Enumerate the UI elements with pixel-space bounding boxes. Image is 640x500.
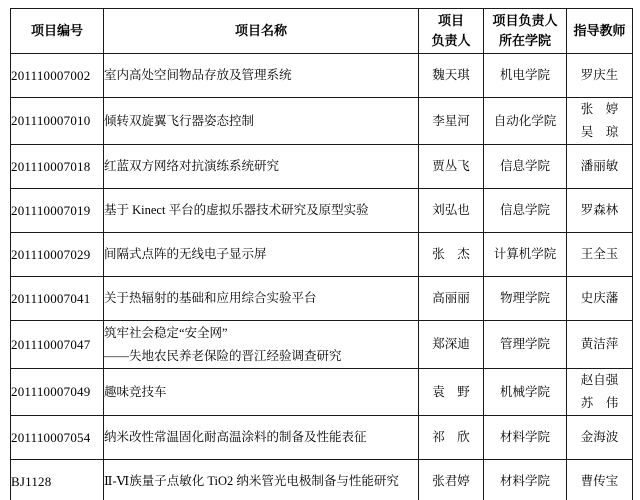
cell-leader-college: 自动化学院 (484, 98, 567, 145)
table-header-row: 项目编号 项目名称 项目 负责人 项目负责人 所在学院 指导教师 (11, 9, 633, 54)
cell-project-id: 201110007049 (11, 369, 104, 416)
cell-project-id: 201110007019 (11, 189, 104, 233)
cell-project-id: 201110007002 (11, 54, 104, 98)
cell-project-name: 倾转双旋翼飞行器姿态控制 (104, 98, 419, 145)
cell-project-name: 间隔式点阵的无线电子显示屏 (104, 233, 419, 277)
table-row: 201110007010 倾转双旋翼飞行器姿态控制 李星河 自动化学院 张 婷 … (11, 98, 633, 145)
header-project-name: 项目名称 (104, 9, 419, 54)
cell-project-id: BJ1128 (11, 460, 104, 500)
cell-project-id: 201110007010 (11, 98, 104, 145)
cell-advisor: 曹传宝 (567, 460, 633, 500)
cell-advisor: 罗庆生 (567, 54, 633, 98)
cell-project-name: 室内高处空间物品存放及管理系统 (104, 54, 419, 98)
table-row: 201110007041 关于热辐射的基础和应用综合实验平台 高丽丽 物理学院 … (11, 277, 633, 321)
cell-project-leader: 郑深迪 (419, 321, 484, 369)
cell-project-id: 201110007047 (11, 321, 104, 369)
table-row: 201110007054 纳米改性常温固化耐高温涂料的制备及性能表征 祁 欣 材… (11, 416, 633, 460)
cell-project-leader: 李星河 (419, 98, 484, 145)
cell-project-leader: 袁 野 (419, 369, 484, 416)
table-row: 201110007029 间隔式点阵的无线电子显示屏 张 杰 计算机学院 王全玉 (11, 233, 633, 277)
cell-advisor: 张 婷 吴 琼 (567, 98, 633, 145)
cell-project-leader: 张 杰 (419, 233, 484, 277)
cell-leader-college: 信息学院 (484, 145, 567, 189)
table-row: 201110007002 室内高处空间物品存放及管理系统 魏天琪 机电学院 罗庆… (11, 54, 633, 98)
cell-leader-college: 机电学院 (484, 54, 567, 98)
cell-leader-college: 物理学院 (484, 277, 567, 321)
cell-project-name: Ⅱ-Ⅵ族量子点敏化 TiO2 纳米管光电极制备与性能研究 (104, 460, 419, 500)
header-project-leader: 项目 负责人 (419, 9, 484, 54)
cell-project-leader: 张君婷 (419, 460, 484, 500)
table-row: BJ1128 Ⅱ-Ⅵ族量子点敏化 TiO2 纳米管光电极制备与性能研究 张君婷 … (11, 460, 633, 500)
cell-advisor: 黄洁萍 (567, 321, 633, 369)
cell-project-id: 201110007041 (11, 277, 104, 321)
header-leader-college: 项目负责人 所在学院 (484, 9, 567, 54)
cell-leader-college: 材料学院 (484, 416, 567, 460)
cell-advisor: 罗森林 (567, 189, 633, 233)
cell-project-leader: 刘弘也 (419, 189, 484, 233)
cell-advisor: 史庆藩 (567, 277, 633, 321)
cell-advisor: 金海波 (567, 416, 633, 460)
cell-project-leader: 高丽丽 (419, 277, 484, 321)
cell-project-name: 纳米改性常温固化耐高温涂料的制备及性能表征 (104, 416, 419, 460)
cell-leader-college: 材料学院 (484, 460, 567, 500)
header-project-id: 项目编号 (11, 9, 104, 54)
cell-leader-college: 管理学院 (484, 321, 567, 369)
table-row: 201110007049 趣味竞技车 袁 野 机械学院 赵自强 苏 伟 (11, 369, 633, 416)
cell-project-name: 关于热辐射的基础和应用综合实验平台 (104, 277, 419, 321)
table-row: 201110007019 基于 Kinect 平台的虚拟乐器技术研究及原型实验 … (11, 189, 633, 233)
cell-project-name: 基于 Kinect 平台的虚拟乐器技术研究及原型实验 (104, 189, 419, 233)
projects-table: 项目编号 项目名称 项目 负责人 项目负责人 所在学院 指导教师 2011100… (10, 8, 633, 500)
cell-project-id: 201110007029 (11, 233, 104, 277)
cell-project-name: 趣味竞技车 (104, 369, 419, 416)
document-page: 项目编号 项目名称 项目 负责人 项目负责人 所在学院 指导教师 2011100… (0, 0, 640, 500)
cell-leader-college: 计算机学院 (484, 233, 567, 277)
cell-leader-college: 机械学院 (484, 369, 567, 416)
table-row: 201110007018 红蓝双方网络对抗演练系统研究 贾丛飞 信息学院 潘丽敏 (11, 145, 633, 189)
cell-project-leader: 祁 欣 (419, 416, 484, 460)
cell-project-leader: 魏天琪 (419, 54, 484, 98)
header-advisor: 指导教师 (567, 9, 633, 54)
cell-project-name: 红蓝双方网络对抗演练系统研究 (104, 145, 419, 189)
table-row: 201110007047 筑牢社会稳定“安全网” ——失地农民养老保险的晋江经验… (11, 321, 633, 369)
cell-project-leader: 贾丛飞 (419, 145, 484, 189)
cell-project-id: 201110007054 (11, 416, 104, 460)
cell-project-name: 筑牢社会稳定“安全网” ——失地农民养老保险的晋江经验调查研究 (104, 321, 419, 369)
cell-project-id: 201110007018 (11, 145, 104, 189)
cell-advisor: 赵自强 苏 伟 (567, 369, 633, 416)
cell-advisor: 潘丽敏 (567, 145, 633, 189)
cell-leader-college: 信息学院 (484, 189, 567, 233)
cell-advisor: 王全玉 (567, 233, 633, 277)
